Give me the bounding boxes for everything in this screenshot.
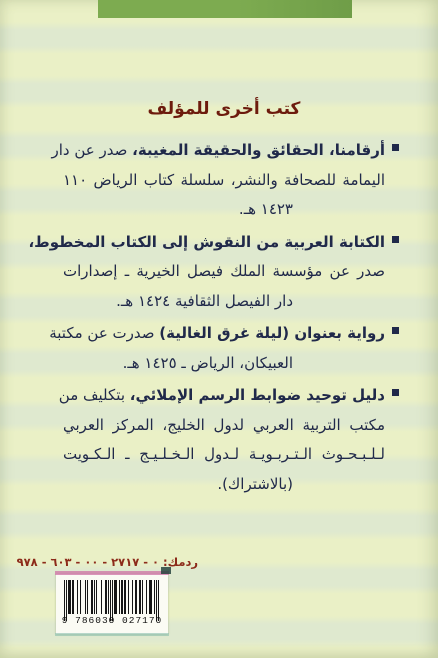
- book-list: أرقامنا، الحقائق والحقيقة المغيبة، صدر ع…: [63, 136, 385, 502]
- book-line: الكتابة العربية من النقوش إلى الكتاب الم…: [63, 228, 385, 258]
- book-line: العبيكان، الرياض ـ ١٤٢٥ هـ.: [63, 349, 385, 379]
- book-detail-text: صدرت عن مكتبة: [49, 324, 159, 342]
- print-fringe-bottom: [55, 633, 169, 636]
- print-artifact: [161, 567, 171, 574]
- square-bullet-icon: [392, 389, 399, 396]
- book-title-text: رواية بعنوان (ليلة غرق الغالية): [159, 324, 385, 342]
- book-detail-text: (بالاشتراك).: [217, 475, 293, 493]
- book-line: أرقامنا، الحقائق والحقيقة المغيبة، صدر ع…: [63, 136, 385, 166]
- book-detail-text: مكتب التربية العربي لدول الخليج، المركز …: [63, 416, 385, 434]
- book-item: رواية بعنوان (ليلة غرق الغالية) صدرت عن …: [63, 319, 385, 378]
- book-detail-text: اليمامة للصحافة والنشر، سلسلة كتاب الريا…: [63, 171, 385, 189]
- square-bullet-icon: [392, 327, 399, 334]
- book-detail-text: ١٤٢٣ هـ.: [239, 200, 293, 218]
- book-line: دار الفيصل الثقافية ١٤٢٤ هـ.: [63, 287, 385, 317]
- barcode-panel: 9 786030 027170: [56, 574, 168, 634]
- book-line: دليل توحيد ضوابط الرسم الإملائي، بتكليف …: [63, 381, 385, 411]
- book-line: صدر عن مؤسسة الملك فيصل الخيرية ـ إصدارا…: [63, 257, 385, 287]
- book-line: رواية بعنوان (ليلة غرق الغالية) صدرت عن …: [63, 319, 385, 349]
- isbn-text: ردمك: ٠ - ٢٧١٧ - ٠٠ - ٦٠٣ - ٩٧٨: [56, 555, 198, 571]
- section-title: كتب أخرى للمؤلف: [63, 99, 385, 119]
- print-fringe-top: [55, 571, 169, 575]
- book-line: (بالاشتراك).: [63, 470, 385, 500]
- book-detail-text: صدر عن دار: [52, 141, 133, 159]
- book-item: الكتابة العربية من النقوش إلى الكتاب الم…: [63, 228, 385, 317]
- barcode-digits: 9 786030 027170: [56, 615, 168, 626]
- book-title-text: أرقامنا، الحقائق والحقيقة المغيبة،: [132, 141, 385, 159]
- square-bullet-icon: [392, 144, 399, 151]
- book-item: أرقامنا، الحقائق والحقيقة المغيبة، صدر ع…: [63, 136, 385, 225]
- book-detail-text: العبيكان، الرياض ـ ١٤٢٥ هـ.: [123, 354, 293, 372]
- book-title-text: دليل توحيد ضوابط الرسم الإملائي،: [130, 386, 385, 404]
- book-detail-text: صدر عن مؤسسة الملك فيصل الخيرية ـ إصدارا…: [63, 262, 385, 280]
- book-line: ١٤٢٣ هـ.: [63, 195, 385, 225]
- book-line: مكتب التربية العربي لدول الخليج، المركز …: [63, 411, 385, 441]
- book-detail-text: بتكليف من: [59, 386, 130, 404]
- book-title-text: الكتابة العربية من النقوش إلى الكتاب الم…: [28, 233, 385, 251]
- book-back-cover: كتب أخرى للمؤلف أرقامنا، الحقائق والحقيق…: [0, 0, 438, 658]
- book-detail-text: دار الفيصل الثقافية ١٤٢٤ هـ.: [116, 292, 293, 310]
- book-detail-text: لـلـبـحـوث الـتـربـويـة لـدول الـخـلـيـج…: [63, 445, 385, 463]
- book-item: دليل توحيد ضوابط الرسم الإملائي، بتكليف …: [63, 381, 385, 499]
- book-line: اليمامة للصحافة والنشر، سلسلة كتاب الريا…: [63, 166, 385, 196]
- square-bullet-icon: [392, 236, 399, 243]
- book-line: لـلـبـحـوث الـتـربـويـة لـدول الـخـلـيـج…: [63, 440, 385, 470]
- green-header-band: [98, 0, 352, 18]
